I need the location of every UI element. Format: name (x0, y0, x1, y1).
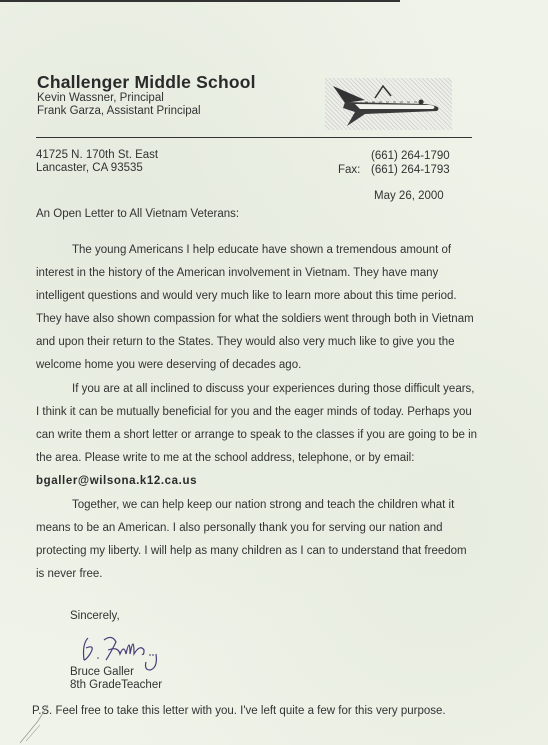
principal-line: Kevin Wassner, Principal (37, 92, 164, 104)
address-street: 41725 N. 170th St. East (36, 149, 158, 161)
text-line: can write them a short letter or arrange… (36, 424, 476, 447)
fax-number: (661) 264-1793 (371, 164, 450, 176)
email-address[interactable]: bgaller@wilsona.k12.ca.us (36, 475, 197, 487)
fax-label: Fax: (338, 164, 360, 176)
text-line: is never free. (36, 563, 476, 586)
text-line: welcome home you were deserving of decad… (36, 354, 476, 377)
text-line: and upon their return to the States. The… (36, 331, 476, 354)
text-line: intelligent questions and would very muc… (36, 285, 476, 308)
postscript: P.S. Feel free to take this letter with … (32, 705, 446, 717)
text-line: interest in the history of the American … (36, 262, 476, 285)
assistant-principal-line: Frank Garza, Assistant Principal (37, 105, 201, 117)
text-line: I think it can be mutually beneficial fo… (36, 401, 476, 424)
scan-edge (0, 0, 400, 2)
signer-title: 8th GradeTeacher (70, 679, 162, 691)
paragraph-2: If you are at all inclined to discuss yo… (36, 378, 476, 470)
closing: Sincerely, (70, 610, 120, 622)
school-name: Challenger Middle School (37, 72, 256, 93)
signature (78, 624, 168, 672)
salutation: An Open Letter to All Vietnam Veterans: (36, 208, 239, 220)
letter-date: May 26, 2000 (374, 190, 444, 202)
text-line: If you are at all inclined to discuss yo… (36, 378, 476, 401)
address-city: Lancaster, CA 93535 (36, 162, 143, 174)
paper-crease (18, 695, 78, 745)
paragraph-3: Together, we can help keep our nation st… (36, 494, 476, 586)
paragraph-1: The young Americans I help educate have … (36, 239, 476, 377)
text-line: The young Americans I help educate have … (36, 239, 476, 262)
text-line: Together, we can help keep our nation st… (36, 494, 476, 517)
signer-name: Bruce Galler (70, 666, 134, 678)
header-divider (36, 137, 472, 138)
phone-number: (661) 264-1790 (371, 150, 450, 162)
text-line: means to be an American. I also personal… (36, 517, 476, 540)
text-line: They have also shown compassion for what… (36, 308, 476, 331)
space-shuttle-icon (325, 78, 452, 130)
letter-page: Challenger Middle School Kevin Wassner, … (0, 0, 548, 745)
text-line: protecting my liberty. I will help as ma… (36, 540, 476, 563)
text-line: the area. Please write to me at the scho… (36, 447, 476, 470)
